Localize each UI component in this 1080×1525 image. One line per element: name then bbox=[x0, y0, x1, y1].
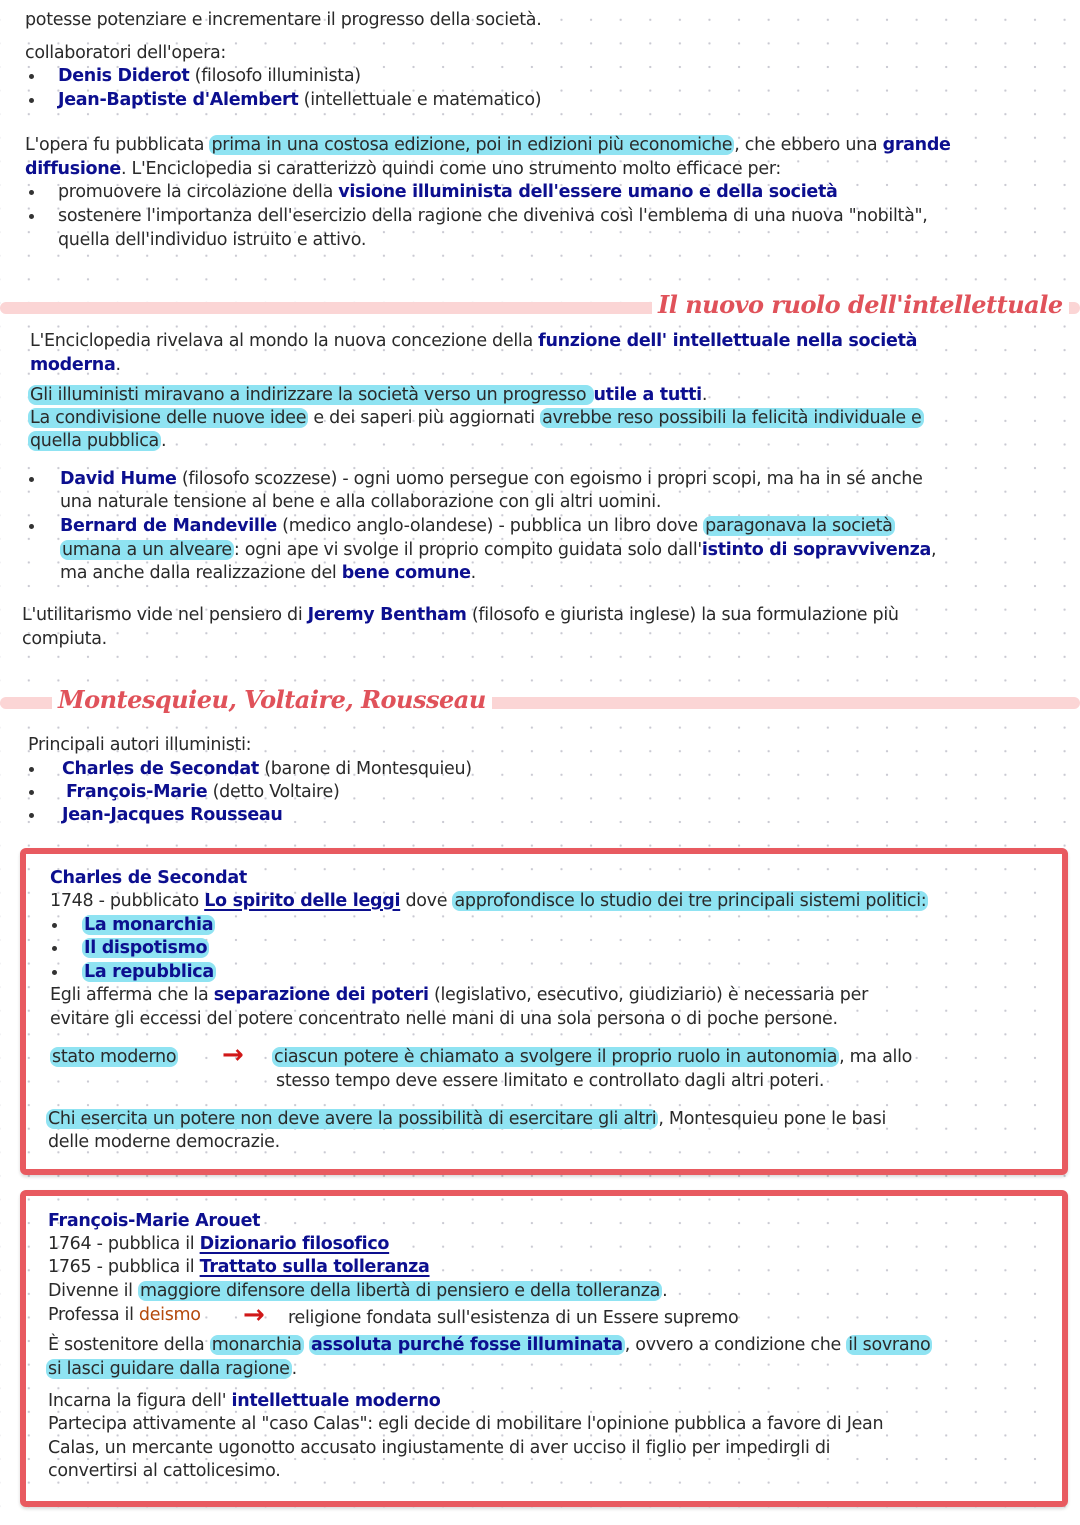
person-name: François-Marie Arouet bbox=[48, 1211, 260, 1231]
text: ma anche dalla realizzazione del bbox=[60, 563, 342, 583]
intro-line: potesse potenziare e incrementare il pro… bbox=[25, 8, 541, 32]
highlight: avrebbe reso possibili la felicità indiv… bbox=[540, 408, 923, 428]
box-line: È sostenitore della monarchia assoluta p… bbox=[48, 1333, 932, 1357]
keyword: grande bbox=[883, 135, 951, 155]
text: Egli afferma che la bbox=[50, 985, 214, 1005]
list-item: sostenere l'importanza dell'esercizio de… bbox=[58, 204, 928, 228]
list-item: La repubblica bbox=[82, 960, 216, 984]
paragraph: L'Enciclopedia rivelava al mondo la nuov… bbox=[30, 329, 917, 353]
bullet-icon bbox=[29, 74, 34, 79]
person-name: Bernard de Mandeville bbox=[60, 516, 277, 536]
book-title: Lo spirito delle leggi bbox=[204, 891, 400, 911]
paragraph: La condivisione delle nuove idee e dei s… bbox=[28, 406, 924, 430]
text: L'opera fu pubblicata bbox=[25, 135, 209, 155]
box-line: delle moderne democrazie. bbox=[48, 1130, 280, 1154]
book-title: Trattato sulla tolleranza bbox=[200, 1257, 430, 1277]
text: L'utilitarismo vide nel pensiero di bbox=[22, 605, 308, 625]
political-system: Il dispotismo bbox=[82, 938, 209, 958]
collaborators-label: collaboratori dell'opera: bbox=[25, 41, 226, 65]
list-item: François-Marie (detto Voltaire) bbox=[66, 780, 340, 804]
text: . bbox=[471, 563, 476, 583]
keyword: intellettuale moderno bbox=[232, 1391, 441, 1411]
highlight: ciascun potere è chiamato a svolgere il … bbox=[272, 1047, 839, 1067]
box-line: si lasci guidare dalla ragione. bbox=[46, 1357, 297, 1381]
list-item: Jean-Jacques Rousseau bbox=[62, 803, 283, 827]
text: (filosofo e giurista inglese) la sua for… bbox=[467, 605, 899, 625]
text: . bbox=[702, 385, 707, 405]
box-line: Incarna la figura dell' intellettuale mo… bbox=[48, 1389, 440, 1413]
text: Incarna la figura dell' bbox=[48, 1391, 232, 1411]
keyword: visione illuminista dell'essere umano e … bbox=[338, 182, 837, 202]
highlight: stato moderno bbox=[50, 1047, 178, 1067]
bullet-icon bbox=[29, 214, 34, 219]
list-item-continuation: una naturale tensione al bene e alla col… bbox=[60, 490, 661, 514]
bullet-icon bbox=[29, 477, 34, 482]
highlight: Chi esercita un potere non deve avere la… bbox=[46, 1109, 658, 1129]
publication-line-2: diffusione. L'Enciclopedia si caratteriz… bbox=[25, 157, 781, 181]
book-title: Dizionario filosofico bbox=[200, 1234, 390, 1254]
text: e dei saperi più aggiornati bbox=[308, 408, 540, 428]
text: , Montesquieu pone le basi bbox=[658, 1109, 886, 1129]
box-line: 1765 - pubblica il Trattato sulla toller… bbox=[48, 1255, 430, 1279]
list-item: Il dispotismo bbox=[82, 936, 209, 960]
highlight: assoluta purché fosse illuminata bbox=[309, 1335, 625, 1355]
list-item: Charles de Secondat (barone di Montesqui… bbox=[62, 757, 472, 781]
paragraph: moderna. bbox=[30, 353, 121, 377]
text: È sostenitore della bbox=[48, 1335, 210, 1355]
text: . bbox=[662, 1281, 667, 1301]
box-line: Calas, un mercante ugonotto accusato ing… bbox=[48, 1436, 830, 1460]
list-item-continuation: umana a un alveare: ogni ape vi svolge i… bbox=[60, 538, 936, 562]
highlight: prima in una costosa edizione, poi in ed… bbox=[209, 135, 734, 155]
highlight: il sovrano bbox=[846, 1335, 932, 1355]
text: 1764 - pubblica il bbox=[48, 1234, 200, 1254]
box-line: evitare gli eccessi del potere concentra… bbox=[50, 1007, 838, 1031]
text: . bbox=[161, 431, 166, 451]
box-line: Partecipa attivamente al "caso Calas": e… bbox=[48, 1412, 883, 1436]
text: , ma allo bbox=[839, 1047, 912, 1067]
box-line: convertirsi al cattolicesimo. bbox=[48, 1459, 281, 1483]
section-heading-authors: Montesquieu, Voltaire, Rousseau bbox=[52, 685, 492, 714]
heading-bar-left bbox=[0, 302, 660, 314]
collaborator-desc: (intellettuale e matematico) bbox=[298, 90, 541, 110]
list-item: Jean-Baptiste d'Alembert (intellettuale … bbox=[58, 88, 541, 112]
highlight: monarchia bbox=[210, 1335, 304, 1355]
author-name: Jean-Jacques Rousseau bbox=[62, 805, 283, 825]
author-name: Charles de Secondat bbox=[62, 759, 259, 779]
highlight: maggiore difensore della libertà di pens… bbox=[138, 1281, 662, 1301]
text: : ogni ape vi svolge il proprio compito … bbox=[234, 540, 702, 560]
highlight: Gli illuministi miravano a indirizzare l… bbox=[28, 385, 594, 405]
highlight: umana a un alveare bbox=[60, 540, 234, 560]
list-item: Bernard de Mandeville (medico anglo-olan… bbox=[60, 514, 895, 538]
bullet-icon bbox=[29, 767, 34, 772]
highlight: paragonava la società bbox=[703, 516, 895, 536]
list-item: Denis Diderot (filosofo illuminista) bbox=[58, 64, 361, 88]
bullet-icon bbox=[29, 98, 34, 103]
text: dove bbox=[400, 891, 452, 911]
box-line: religione fondata sull'esistenza di un E… bbox=[288, 1306, 738, 1330]
paragraph: quella pubblica. bbox=[28, 429, 166, 453]
text: (legislativo, esecutivo, giudiziario) è … bbox=[429, 985, 868, 1005]
text: 1765 - pubblica il bbox=[48, 1257, 200, 1277]
bullet-icon bbox=[29, 813, 34, 818]
arrow-right-icon: → bbox=[243, 1303, 265, 1327]
collaborator-name: Jean-Baptiste d'Alembert bbox=[58, 90, 298, 110]
text: (medico anglo-olandese) - pubblica un li… bbox=[277, 516, 703, 536]
text: L'Enciclopedia rivelava al mondo la nuov… bbox=[30, 331, 538, 351]
section-heading-intellettuale: Il nuovo ruolo dell'intellettuale bbox=[652, 290, 1069, 319]
person-name: Charles de Secondat bbox=[50, 868, 247, 888]
bullet-icon bbox=[29, 190, 34, 195]
box-line: 1764 - pubblica il Dizionario filosofico bbox=[48, 1232, 389, 1256]
highlight: approfondisce lo studio dei tre principa… bbox=[452, 891, 928, 911]
box-line: Divenne il maggiore difensore della libe… bbox=[48, 1279, 667, 1303]
text: Professa il bbox=[48, 1305, 139, 1325]
text: (filosofo scozzese) - ogni uomo persegue… bbox=[177, 469, 923, 489]
text: Divenne il bbox=[48, 1281, 138, 1301]
highlight: quella pubblica bbox=[28, 431, 161, 451]
box-line: stesso tempo deve essere limitato e cont… bbox=[276, 1069, 824, 1093]
person-name: Jeremy Bentham bbox=[308, 605, 467, 625]
text: , che ebbero una bbox=[734, 135, 882, 155]
keyword: bene comune bbox=[342, 563, 471, 583]
author-name: François-Marie bbox=[66, 782, 207, 802]
keyword: utile a tutti bbox=[594, 385, 702, 405]
paragraph: Gli illuministi miravano a indirizzare l… bbox=[28, 383, 707, 407]
keyword-deismo: deismo bbox=[139, 1305, 201, 1325]
keyword: funzione dell' intellettuale nella socie… bbox=[538, 331, 917, 351]
paragraph: compiuta. bbox=[22, 627, 107, 651]
heading-bar-left bbox=[0, 697, 60, 709]
text: . L'Enciclopedia si caratterizzò quindi … bbox=[121, 159, 781, 179]
text: . bbox=[115, 355, 120, 375]
bullet-icon bbox=[52, 946, 57, 951]
bullet-icon bbox=[52, 970, 57, 975]
box-line: Egli afferma che la separazione dei pote… bbox=[50, 983, 868, 1007]
box-line: 1748 - pubblicato Lo spirito delle leggi… bbox=[50, 889, 928, 913]
author-desc: (detto Voltaire) bbox=[207, 782, 339, 802]
heading-bar-right bbox=[415, 697, 1080, 709]
list-item: promuovere la circolazione della visione… bbox=[58, 180, 838, 204]
collaborator-name: Denis Diderot bbox=[58, 66, 189, 86]
keyword: moderna bbox=[30, 355, 115, 375]
list-item-continuation: ma anche dalla realizzazione del bene co… bbox=[60, 561, 476, 585]
keyword: separazione dei poteri bbox=[214, 985, 429, 1005]
list-item-continuation: quella dell'individuo istruito e attivo. bbox=[58, 228, 366, 252]
publication-line-1: L'opera fu pubblicata prima in una costo… bbox=[25, 133, 951, 157]
box-line: ciascun potere è chiamato a svolgere il … bbox=[272, 1045, 912, 1069]
text: , ovvero a condizione che bbox=[625, 1335, 847, 1355]
arrow-right-icon: → bbox=[222, 1043, 244, 1067]
highlight: La condivisione delle nuove idee bbox=[28, 408, 308, 428]
author-desc: (barone di Montesquieu) bbox=[259, 759, 472, 779]
highlight: si lasci guidare dalla ragione bbox=[46, 1359, 292, 1379]
box-line: Chi esercita un potere non deve avere la… bbox=[46, 1107, 886, 1131]
bullet-icon bbox=[52, 923, 57, 928]
text: . bbox=[292, 1359, 297, 1379]
text: , bbox=[931, 540, 936, 560]
box-title: Charles de Secondat bbox=[50, 866, 247, 890]
text: 1748 - pubblicato bbox=[50, 891, 204, 911]
bullet-icon bbox=[29, 524, 34, 529]
keyword: diffusione bbox=[25, 159, 121, 179]
stato-label: stato moderno bbox=[50, 1045, 178, 1069]
box-line: Professa il deismo bbox=[48, 1303, 201, 1327]
keyword: istinto di sopravvivenza bbox=[702, 540, 931, 560]
person-name: David Hume bbox=[60, 469, 177, 489]
list-item: La monarchia bbox=[82, 913, 215, 937]
political-system: La monarchia bbox=[82, 915, 215, 935]
box-title: François-Marie Arouet bbox=[48, 1209, 260, 1233]
bullet-icon bbox=[29, 790, 34, 795]
text: promuovere la circolazione della bbox=[58, 182, 338, 202]
authors-label: Principali autori illuministi: bbox=[28, 733, 251, 757]
list-item: David Hume (filosofo scozzese) - ogni uo… bbox=[60, 467, 923, 491]
paragraph: L'utilitarismo vide nel pensiero di Jere… bbox=[22, 603, 899, 627]
political-system: La repubblica bbox=[82, 962, 216, 982]
collaborator-desc: (filosofo illuminista) bbox=[189, 66, 360, 86]
